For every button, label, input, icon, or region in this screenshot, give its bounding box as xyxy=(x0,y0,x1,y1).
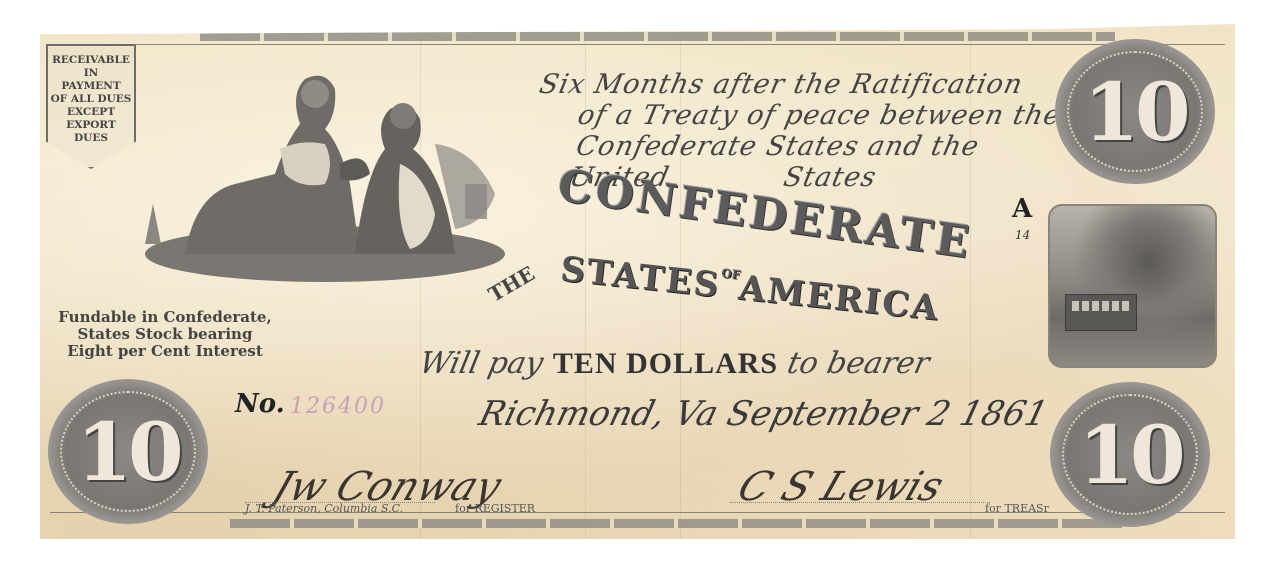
fundable-line: Fundable in Confederate, xyxy=(40,309,290,326)
treaty-line: Confederate States and the xyxy=(503,131,1070,162)
title-america: AMERICA xyxy=(737,268,942,329)
for-register-label: for REGISTER xyxy=(455,502,535,515)
for-treasurer-label: for TREASr xyxy=(985,502,1049,515)
receivable-line: OF ALL DUES xyxy=(48,93,134,106)
denomination-numeral: 10 xyxy=(76,405,179,499)
plate-number: 14 xyxy=(1015,228,1030,242)
title-of: OF xyxy=(721,266,741,282)
receivable-line: EXCEPT xyxy=(48,106,134,119)
will-pay-prefix: Will pay xyxy=(416,346,546,381)
fundable-stock-text: Fundable in Confederate, States Stock be… xyxy=(40,309,290,360)
ten-counter-top-right: 10 xyxy=(1055,39,1215,184)
place-date: Richmond, Va September 2 1861 xyxy=(475,394,1052,434)
receivable-line: EXPORT DUES xyxy=(48,119,134,145)
denomination-numeral: 10 xyxy=(1083,65,1186,159)
number-label: No. xyxy=(235,389,285,419)
will-pay-line: Will payTEN DOLLARSto bearer xyxy=(416,346,1103,381)
train-vignette xyxy=(1048,204,1217,368)
fundable-line: Eight per Cent Interest xyxy=(40,343,290,360)
frame-line xyxy=(50,44,1225,45)
top-border-ten-dollars-strip xyxy=(200,32,1115,41)
railroad-car-icon xyxy=(1065,294,1137,331)
confederate-ten-dollar-note: RECEIVABLE IN PAYMENT OF ALL DUES EXCEPT… xyxy=(40,24,1235,539)
treaty-line: of a Treaty of peace between the xyxy=(510,100,1077,131)
ten-counter-bottom-right: 10 xyxy=(1050,382,1210,527)
bottom-border-ten-dollars-strip xyxy=(230,519,1125,528)
ten-counter-bottom-left: 10 xyxy=(48,379,208,524)
amount-text: TEN DOLLARS xyxy=(553,347,778,381)
title-states: STATES xyxy=(559,249,723,306)
treasurer-signature: C S Lewis xyxy=(732,464,950,510)
receivable-shield: RECEIVABLE IN PAYMENT OF ALL DUES EXCEPT… xyxy=(46,44,136,169)
printer-imprint: J. T. Paterson, Columbia S.C. xyxy=(245,502,403,515)
receivable-line: PAYMENT xyxy=(48,80,134,93)
treaty-line: Six Months after the Ratification xyxy=(517,69,1084,100)
series-letter: A xyxy=(1012,194,1032,224)
title-states-of-america: STATESOFAMERICA xyxy=(549,248,951,330)
receivable-line: RECEIVABLE xyxy=(48,54,134,67)
serial-number: 126400 xyxy=(290,394,386,419)
denomination-numeral: 10 xyxy=(1078,408,1181,502)
allegorical-figures-vignette xyxy=(125,54,505,284)
signature-line xyxy=(730,502,990,503)
fundable-line: States Stock bearing xyxy=(40,326,290,343)
will-pay-suffix: to bearer xyxy=(784,346,932,381)
receivable-line: IN xyxy=(48,67,134,80)
